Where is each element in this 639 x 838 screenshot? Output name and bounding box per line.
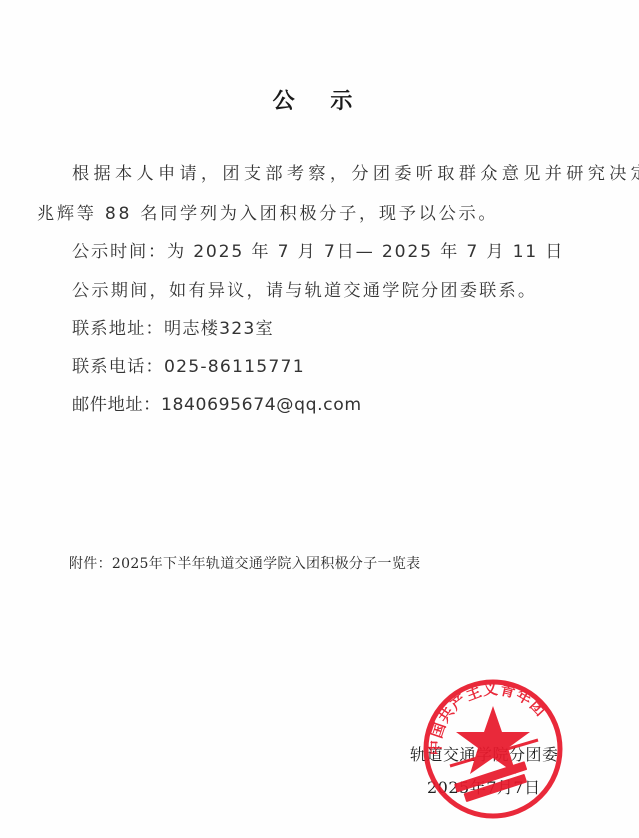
page-title: 公 示 xyxy=(0,84,639,115)
signature-organization: 轨道交通学院分团委 xyxy=(410,742,559,765)
body-paragraph-line-2: 兆辉等 88 名同学列为入团积极分子，现予以公示。 xyxy=(37,199,498,224)
contact-phone: 联系电话：025-86115771 xyxy=(72,352,305,377)
contact-address: 联系地址：明志楼323室 xyxy=(72,314,274,339)
document-page: 公 示 根据本人申请，团支部考察，分团委听取群众意见并研究决定，拟将马 兆辉等 … xyxy=(0,0,639,838)
attachment-reference: 附件：2025年下半年轨道交通学院入团积极分子一览表 xyxy=(69,553,420,573)
contact-email: 邮件地址：1840695674@qq.com xyxy=(72,390,362,415)
signature-date: 2025年7月7日 xyxy=(427,775,541,798)
notice-period: 公示时间：为 2025 年 7 月 7日— 2025 年 7 月 11 日 xyxy=(72,237,564,262)
body-paragraph-line-1: 根据本人申请，团支部考察，分团委听取群众意见并研究决定，拟将马 xyxy=(72,159,639,184)
objection-notice: 公示期间，如有异议，请与轨道交通学院分团委联系。 xyxy=(72,276,537,301)
